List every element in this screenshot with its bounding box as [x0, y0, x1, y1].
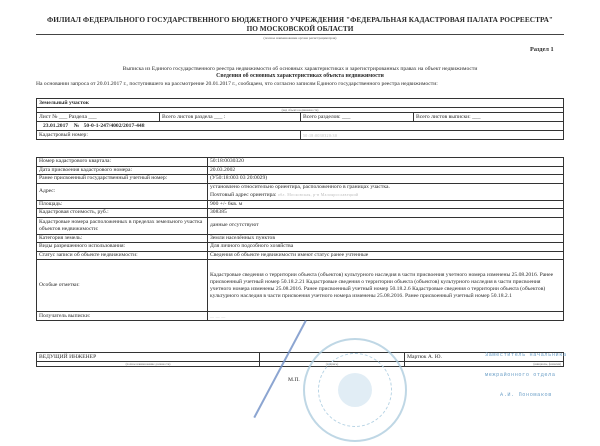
row-label: Кадастровая стоимость, руб.: — [37, 209, 208, 218]
stamp-place-label: М.П. — [288, 377, 300, 383]
table-row: Статус записи об объекте недвижимости: С… — [37, 251, 564, 260]
row-label: Особые отметки: — [37, 260, 208, 312]
row-value: Для личного подсобного хозяйства — [208, 243, 564, 252]
row-value: 308385 — [208, 209, 564, 218]
row-value: 900 +/- 6кв. м — [208, 200, 564, 209]
table-row: Получатель выписки: — — — — [37, 312, 564, 321]
deputy-stamp-line1: Заместитель начальника — [485, 352, 567, 358]
total-sheets-section: Всего листов раздела ___ : — [160, 113, 301, 122]
object-type: Земельный участок — [37, 99, 564, 108]
row-value: Земли населённых пунктов — [208, 234, 564, 243]
row-value: (У50:18:003 03 20:0029) — [208, 175, 564, 184]
row-value: — — — — [208, 312, 564, 321]
document-subtitle: Сведения об основных характеристиках объ… — [0, 73, 600, 79]
extract-number-label: № — [74, 123, 80, 129]
deputy-stamp-line2: межрайонного отдела — [485, 372, 556, 378]
request-basis-text: На основании запроса от 20.01.2017 г., п… — [36, 81, 566, 89]
table-row: Адрес: установлено относительно ориентир… — [37, 183, 564, 200]
table-row: Категория земель: Земли населённых пункт… — [37, 234, 564, 243]
cadastral-number-label: Кадастровый номер: — [37, 131, 301, 140]
table-row: Особые отметки: Кадастровые сведения о т… — [37, 260, 564, 312]
row-label: Адрес: — [37, 183, 208, 200]
total-sections: Всего разделов: ___ — [301, 113, 414, 122]
deputy-stamp-line3: А.И. Пономаков — [500, 392, 552, 398]
postal-address-label: Почтовый адрес ориентира: — [210, 192, 276, 198]
position-title: ВЕДУЩИЙ ИНЖЕНЕР — [37, 353, 260, 362]
row-label: Статус записи об объекте недвижимости: — [37, 251, 208, 260]
postal-address-value: обл. Московская, р-н Малоярославецкий — [278, 192, 359, 197]
official-seal-emblem — [338, 373, 372, 407]
object-header-table: Земельный участок (вид объекта недвижимо… — [36, 98, 564, 140]
table-row: Дата присвоения кадастрового номера: 20.… — [37, 166, 564, 175]
organization-caption: (полное наименование органа регистрации … — [0, 36, 600, 40]
row-value: 50:18:0030320 — [208, 158, 564, 167]
row-label: Категория земель: — [37, 234, 208, 243]
row-value: Кадастровые сведения о территории объект… — [208, 260, 564, 312]
row-value: данные отсутствуют — [208, 217, 564, 234]
table-row: Кадастровая стоимость, руб.: 308385 — [37, 209, 564, 218]
table-row: Ранее присвоенный государственный учетны… — [37, 175, 564, 184]
row-label: Виды разрешенного использования: — [37, 243, 208, 252]
row-label: Дата присвоения кадастрового номера: — [37, 166, 208, 175]
table-row: Кадастровые номера расположенных в преде… — [37, 217, 564, 234]
total-sheets-extract: Всего листов выписки: ___ — [414, 113, 564, 122]
document-title: Выписка из Единого государственного реес… — [0, 66, 600, 72]
organization-name-line2: ПО МОСКОВСКОЙ ОБЛАСТИ — [0, 24, 600, 33]
extract-number: 50-0-1-247/4002/2017-448 — [84, 123, 145, 129]
handwritten-signature — [253, 320, 306, 418]
address-value: установлено относительно ориентира, расп… — [210, 184, 561, 191]
name-caption: (инициалы, фамилия) — [405, 362, 564, 367]
row-label: Ранее присвоенный государственный учетны… — [37, 175, 208, 184]
extract-date: 23.01.2017 — [43, 123, 68, 129]
section-label: Раздел 1 — [530, 46, 554, 53]
header-divider — [36, 34, 564, 35]
row-label: Площадь: — [37, 200, 208, 209]
row-label: Номер кадастрового квартала: — [37, 158, 208, 167]
cadastral-number-value: 50:18:0030320:30 — [301, 131, 564, 140]
table-row: Площадь: 900 +/- 6кв. м — [37, 200, 564, 209]
row-label: Кадастровые номера расположенных в преде… — [37, 217, 208, 234]
characteristics-table: Номер кадастрового квартала: 50:18:00303… — [36, 157, 564, 321]
row-value: 20.03.2002 — [208, 166, 564, 175]
sheet-number: Лист № ___ Раздела ___ — [37, 113, 160, 122]
position-caption: (полное наименование должности) — [37, 362, 260, 367]
row-value: Сведения об объекте недвижимости имеют с… — [208, 251, 564, 260]
row-label: Получатель выписки: — [37, 312, 208, 321]
table-row: Виды разрешенного использования: Для лич… — [37, 243, 564, 252]
table-row: Номер кадастрового квартала: 50:18:00303… — [37, 158, 564, 167]
organization-name-line1: ФИЛИАЛ ФЕДЕРАЛЬНОГО ГОСУДАРСТВЕННОГО БЮД… — [0, 15, 600, 24]
